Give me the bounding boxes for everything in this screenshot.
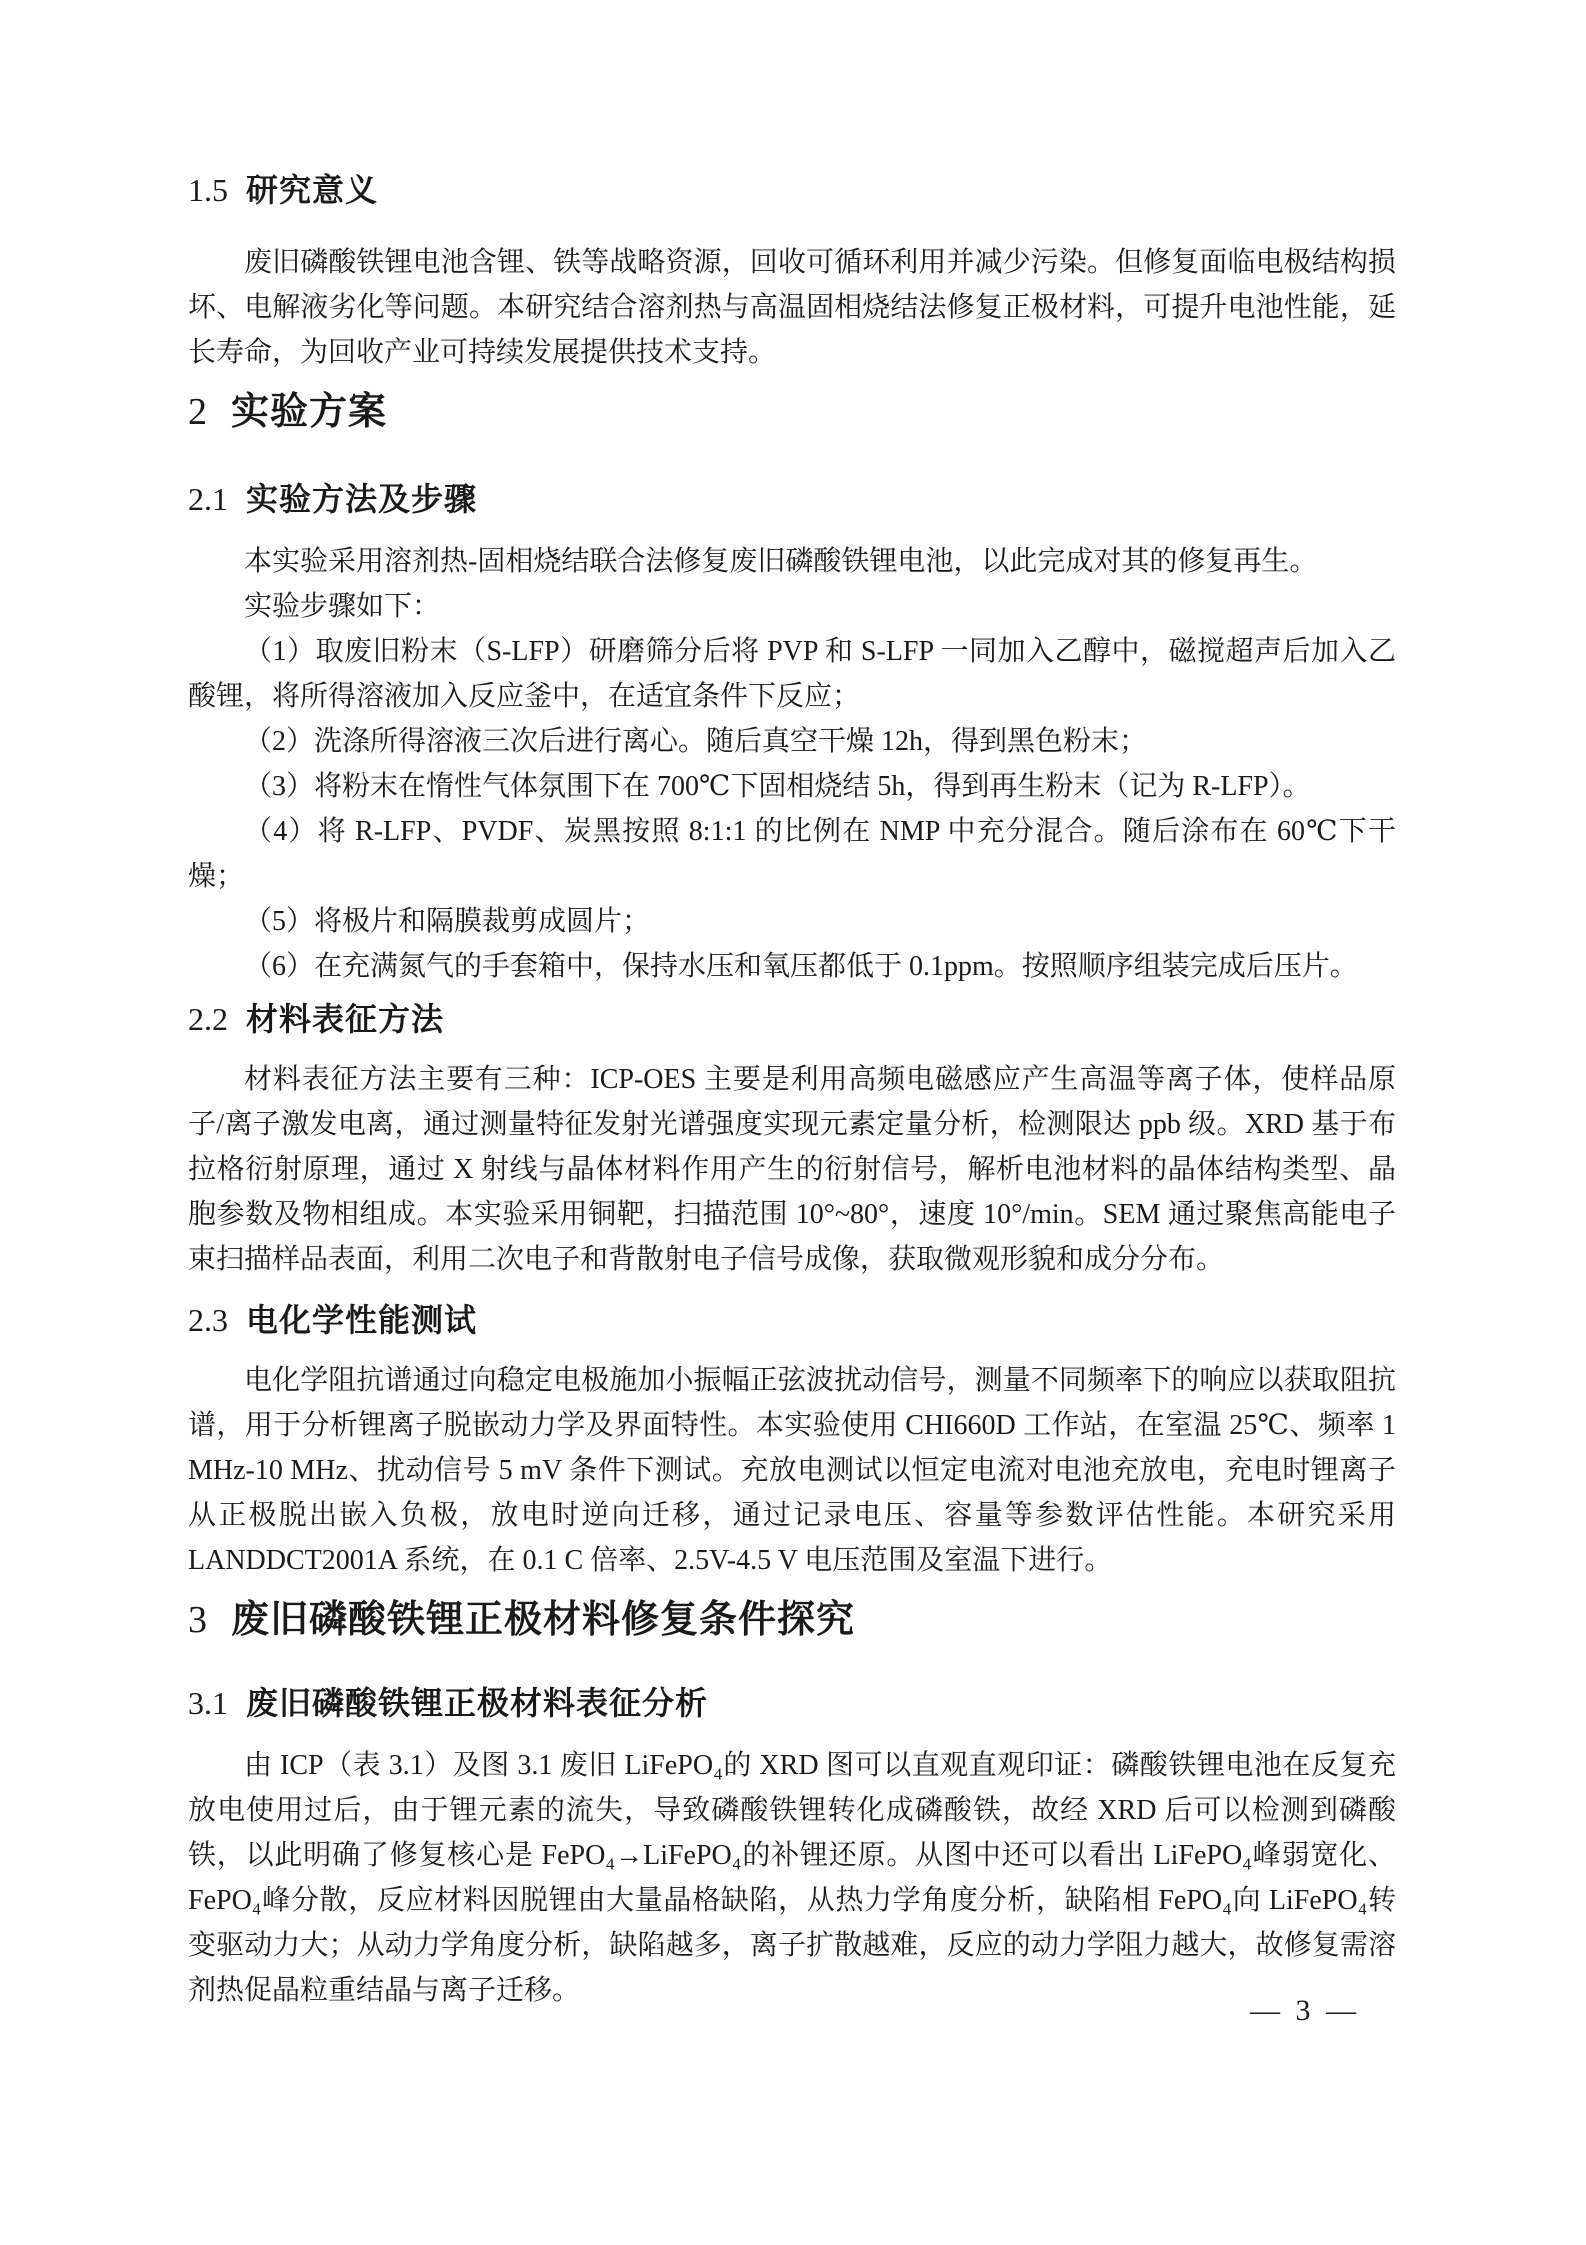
heading-text: 研究意义 [246,172,378,208]
heading-number: 3.1 [188,1685,228,1721]
paragraph-characterization-methods: 材料表征方法主要有三种：ICP-OES 主要是利用高频电磁感应产生高温等离子体，… [188,1057,1396,1282]
step-item-4: （4）将 R-LFP、PVDF、炭黑按照 8:1:1 的比例在 NMP 中充分混… [188,809,1396,899]
heading-number: 2 [188,391,207,433]
document-content: 1.5研究意义 废旧磷酸铁锂电池含锂、铁等战略资源，回收可循环利用并减少污染。但… [188,168,1396,2013]
heading-text: 废旧磷酸铁锂正极材料修复条件探究 [231,1599,855,1641]
section-heading-3-1: 3.1废旧磷酸铁锂正极材料表征分析 [188,1681,1396,1725]
chapter-heading-3: 3废旧磷酸铁锂正极材料修复条件探究 [188,1595,1396,1645]
document-page: 1.5研究意义 废旧磷酸铁锂电池含锂、铁等战略资源，回收可循环利用并减少污染。但… [0,0,1586,2245]
section-heading-2-1: 2.1实验方法及步骤 [188,477,1396,521]
heading-number: 1.5 [188,172,228,208]
section-heading-2-2: 2.2材料表征方法 [188,997,1396,1041]
page-number: — 3 — [1250,1994,1360,2028]
heading-text: 材料表征方法 [246,1001,444,1037]
paragraph-research-significance: 废旧磷酸铁锂电池含锂、铁等战略资源，回收可循环利用并减少污染。但修复面临电极结构… [188,240,1396,375]
heading-text: 电化学性能测试 [246,1302,477,1338]
section-heading-1-5: 1.5研究意义 [188,168,1396,212]
heading-text: 废旧磷酸铁锂正极材料表征分析 [246,1685,708,1721]
section-heading-2-3: 2.3电化学性能测试 [188,1298,1396,1342]
heading-text: 实验方案 [231,391,387,433]
heading-number: 2.3 [188,1302,228,1338]
step-item-6: （6）在充满氮气的手套箱中，保持水压和氧压都低于 0.1ppm。按照顺序组装完成… [188,944,1396,989]
step-item-3: （3）将粉末在惰性气体氛围下在 700℃下固相烧结 5h，得到再生粉末（记为 R… [188,764,1396,809]
paragraph-steps-label: 实验步骤如下： [188,584,1396,629]
heading-number: 3 [188,1599,207,1641]
heading-number: 2.2 [188,1001,228,1037]
heading-number: 2.1 [188,481,228,517]
paragraph-xrd-analysis: 由 ICP（表 3.1）及图 3.1 废旧 LiFePO₄的 XRD 图可以直观… [188,1743,1396,2013]
heading-text: 实验方法及步骤 [246,481,477,517]
paragraph-electrochemical-testing: 电化学阻抗谱通过向稳定电极施加小振幅正弦波扰动信号，测量不同频率下的响应以获取阻… [188,1358,1396,1583]
chapter-heading-2: 2实验方案 [188,387,1396,437]
paragraph-method-intro: 本实验采用溶剂热-固相烧结联合法修复废旧磷酸铁锂电池，以此完成对其的修复再生。 [188,539,1396,584]
step-item-1: （1）取废旧粉末（S-LFP）研磨筛分后将 PVP 和 S-LFP 一同加入乙醇… [188,629,1396,719]
step-item-5: （5）将极片和隔膜裁剪成圆片； [188,899,1396,944]
step-item-2: （2）洗涤所得溶液三次后进行离心。随后真空干燥 12h，得到黑色粉末； [188,719,1396,764]
